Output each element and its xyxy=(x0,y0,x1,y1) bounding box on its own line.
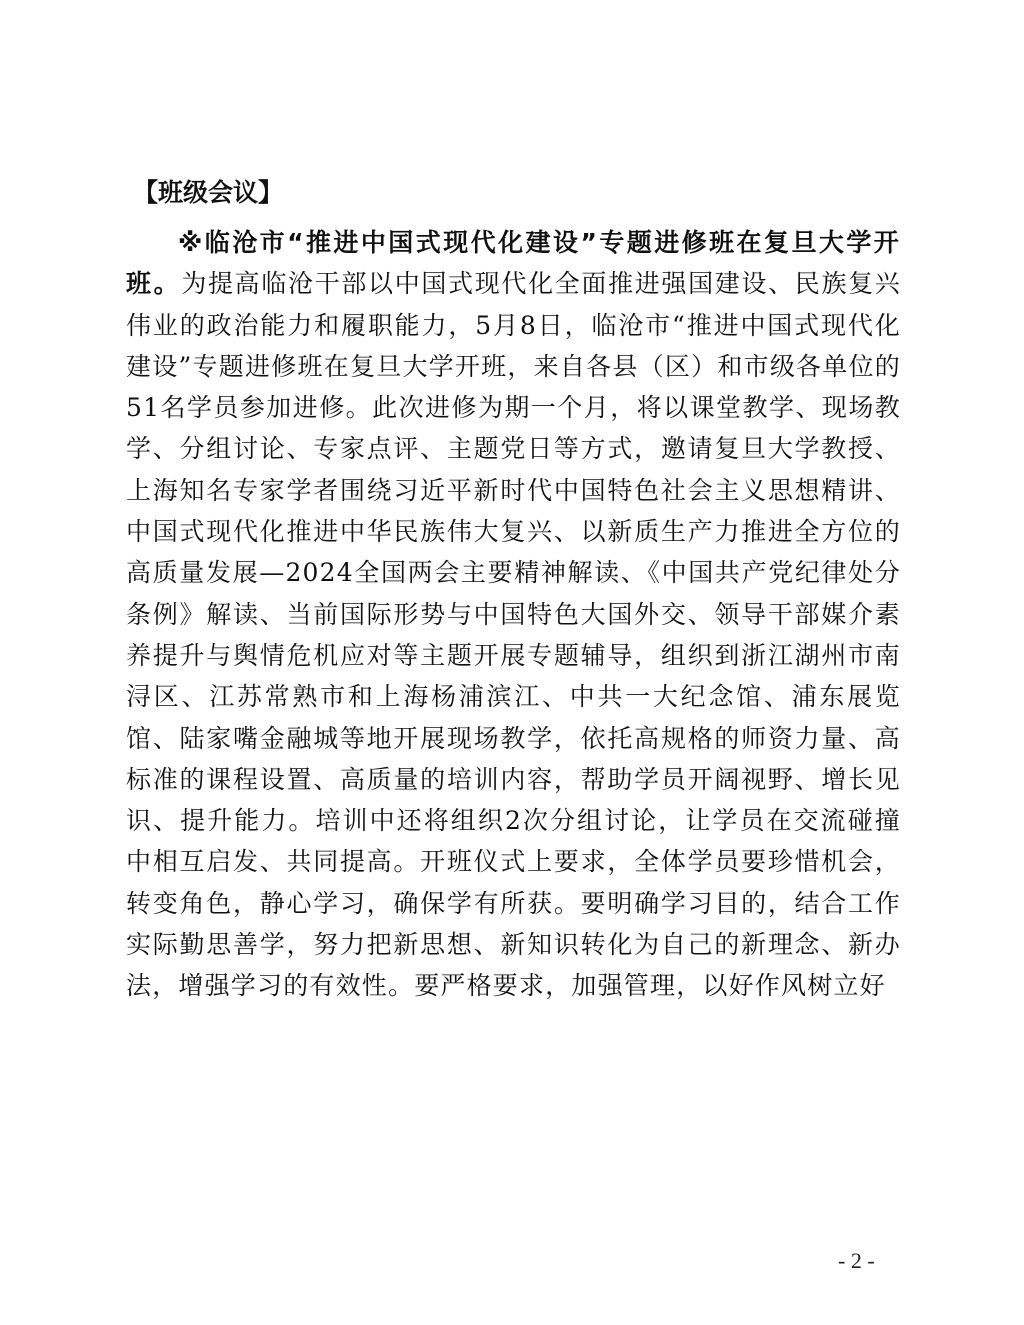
page-number: - 2 - xyxy=(838,1248,875,1274)
article-paragraph: ※临沧市“推进中国式现代化建设”专题进修班在复旦大学开班。为提高临沧干部以中国式… xyxy=(126,222,901,1007)
document-page: 【班级会议】 ※临沧市“推进中国式现代化建设”专题进修班在复旦大学开班。为提高临… xyxy=(0,0,1024,1325)
article-body: 为提高临沧干部以中国式现代化全面推进强国建设、民族复兴伟业的政治能力和履职能力，… xyxy=(126,269,901,1000)
section-heading: 【班级会议】 xyxy=(133,176,283,210)
